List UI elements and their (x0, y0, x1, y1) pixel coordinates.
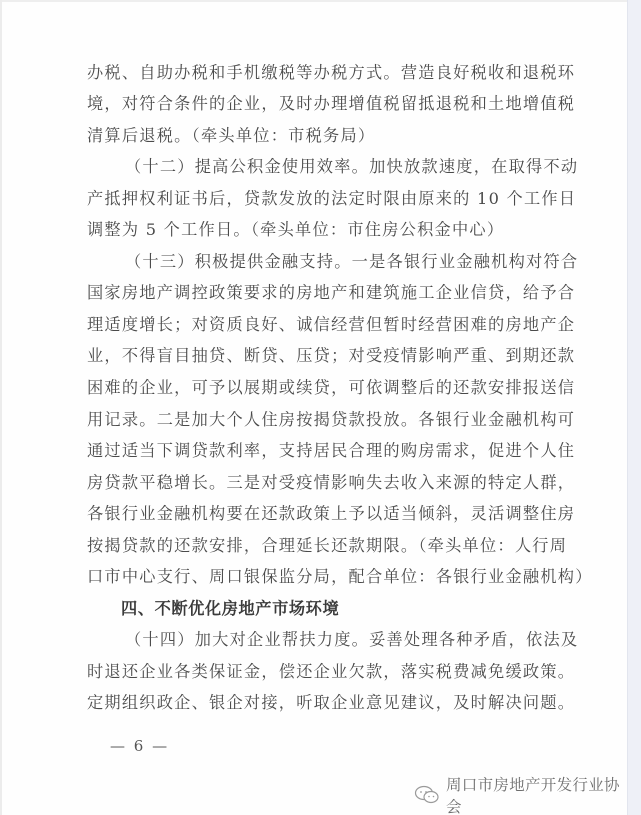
body-line-1: 办税、自助办税和手机缴税等办税方式。营造良好税收和退税环 (87, 60, 547, 86)
page-top-edge (2, 0, 630, 2)
section-12-line-3: 调整为 5 个工作日。（牵头单位：市住房公积金中心） (87, 217, 547, 243)
section-13-line-1: （十三）积极提供金融支持。一是各银行业金融机构对符合 (125, 249, 547, 275)
section-12-line-1: （十二）提高公积金使用效率。加快放款速度，在取得不动 (125, 154, 547, 180)
section-12-line-2: 产抵押权利证书后，贷款发放的法定时限由原来的 10 个工作日 (87, 186, 547, 212)
section-14-line-1: （十四）加大对企业帮扶力度。妥善处理各种矛盾，依法及 (125, 627, 547, 653)
section-13-line-7: 通过适当下调贷款利率，支持居民合理的购房需求，促进个人住 (87, 438, 547, 464)
section-13-line-9: 各银行业金融机构要在还款政策上予以适当倾斜，灵活调整住房 (87, 501, 547, 527)
section-13-line-2: 国家房地产调控政策要求的房地产和建筑施工企业信贷，给予合 (87, 280, 547, 306)
section-13-line-3: 理适度增长；对资质良好、诚信经营但暂时经营困难的房地产企 (87, 312, 547, 338)
section-13-line-8: 房贷款平稳增长。三是对受疫情影响失去收入来源的特定人群， (87, 470, 547, 496)
body-line-2: 境，对符合条件的企业，及时办理增值税留抵退税和土地增值税 (87, 91, 547, 117)
section-heading-4: 四、不断优化房地产市场环境 (121, 596, 581, 622)
body-line-3: 清算后退税。（牵头单位：市税务局） (87, 123, 547, 149)
wechat-icon (414, 785, 440, 805)
document-page: 办税、自助办税和手机缴税等办税方式。营造良好税收和退税环 境，对符合条件的企业，… (0, 0, 628, 815)
right-edge-strip (627, 0, 641, 815)
section-13-line-6: 用记录。二是加大个人住房按揭贷款投放。各银行业金融机构可 (87, 407, 547, 433)
section-13-line-4: 业，不得盲目抽贷、断贷、压贷；对受疫情影响严重、到期还款 (87, 343, 547, 369)
watermark-text: 周口市房地产开发行业协会 (446, 773, 628, 815)
page-number: — 6 — (110, 737, 169, 755)
watermark: 周口市房地产开发行业协会 (414, 773, 628, 815)
section-14-line-2: 时退还企业各类保证金，偿还企业欠款，落实税费减免缓政策。 (87, 659, 547, 685)
section-14-line-3: 定期组织政企、银企对接，听取企业意见建议，及时解决问题。 (87, 690, 547, 716)
section-13-line-10: 按揭贷款的还款安排，合理延长还款期限。（牵头单位：人行周 (87, 533, 547, 559)
section-13-line-11: 口市中心支行、周口银保监分局，配合单位：各银行业金融机构） (87, 564, 547, 590)
section-13-line-5: 困难的企业，可予以展期或续贷，可依调整后的还款安排报送信 (87, 375, 547, 401)
